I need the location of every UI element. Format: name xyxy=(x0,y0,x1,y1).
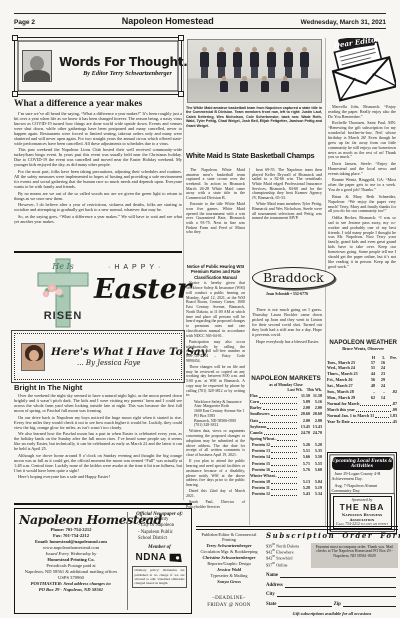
weather-observer: Bruce Wentz, Observer xyxy=(329,346,397,351)
staff-name: Christine Schwartzenberger xyxy=(196,555,262,560)
article-paragraph: So, as the saying goes, “What a differen… xyxy=(14,214,182,224)
event-item: June 29-Logan County 4-H Achievement Day… xyxy=(332,471,393,481)
letter-item: Brian & Mary Beth Schneider, Napoleon: “… xyxy=(328,195,396,214)
subscription-form: Subscription Order Form $3900 North Dako… xyxy=(266,531,398,616)
field-label: City xyxy=(266,592,275,597)
weather-header: NAPOLEON WEATHER Bruce Wentz, Observer xyxy=(327,336,397,353)
wft-article-body: I’m sure we’ve all heard the saying, “Wh… xyxy=(14,111,182,225)
price-label: Online xyxy=(276,562,287,567)
front-row xyxy=(208,76,301,92)
braddock-column-header: Braddock Joan Schmidt • 332-6776 xyxy=(252,267,322,296)
braddock-column-body: There is not much going on I guess. Thur… xyxy=(252,307,322,345)
braddock-contact: Joan Schmidt • 332-6776 xyxy=(252,291,322,296)
market-last-week: 5.76 xyxy=(298,467,310,473)
price-list: $3900 North Dakota $4200 Elsewhere $4200… xyxy=(266,543,308,569)
write-in-line[interactable] xyxy=(280,574,396,578)
player-silhouette xyxy=(300,47,309,78)
team-photo xyxy=(187,39,322,103)
masthead-info-box: Napoleon Homestead Phone: 701-754-2212 F… xyxy=(14,508,192,614)
market-last-week: 5.43 xyxy=(298,491,310,497)
weather-high: 62 xyxy=(365,395,375,401)
notice-paragraph: Notice is hereby given that Workforce Sa… xyxy=(186,281,245,338)
player-silhouette xyxy=(220,76,228,92)
player-silhouette xyxy=(200,47,209,78)
article-paragraph: White Maid team members Tyler Pettig, Bi… xyxy=(252,202,322,221)
editor-photo xyxy=(22,50,52,82)
deadline-note: –DEADLINE– FRIDAY @ NOON xyxy=(196,596,262,609)
form-field-state-zip[interactable]: State Zip xyxy=(266,602,398,607)
dot-leader xyxy=(271,471,297,472)
official-newspaper-list: - Logan County- City of Napoleon- Napole… xyxy=(132,517,187,543)
player-silhouette xyxy=(240,76,248,92)
letter-item: Marvella Jobs, Bismarck: “Enjoy reading … xyxy=(328,105,396,120)
dot-leader xyxy=(263,409,297,410)
field-label: Name xyxy=(266,573,278,578)
write-in-line[interactable] xyxy=(277,593,396,597)
article-headline: Bright In The Night xyxy=(14,383,182,392)
section-rule xyxy=(14,503,192,505)
dot-leader xyxy=(271,452,297,453)
postmaster-line: PO Box 29 - Napoleon, ND 58561 xyxy=(19,587,123,593)
page-number: Page 2 xyxy=(14,19,35,26)
weather-summary: Normal for March .87 March this year .09… xyxy=(327,401,397,425)
article-paragraph: Over the weekend the night sky seemed to… xyxy=(14,393,182,413)
letter-item: Bonnie Wentz, Ringgold, GA: “Most often … xyxy=(328,178,396,193)
issue-date: Wednesday, March 31, 2021 xyxy=(301,19,386,26)
markets-rows: Flax 11.50 11.50 Corn 5.09 5.16 Barley 2… xyxy=(250,393,322,497)
player-silhouette xyxy=(267,47,276,78)
weather-title: NAPOLEON WEATHER xyxy=(329,339,397,346)
price-cents: 00 xyxy=(272,549,275,552)
price-item: $3700 Online xyxy=(266,562,308,568)
notice-paragraph: If you plan to attend the public hearing… xyxy=(186,459,245,488)
player-silhouette xyxy=(250,47,259,78)
dot-leader xyxy=(264,434,297,435)
price-cents: 00 xyxy=(272,555,275,558)
legal-notice: Notice of Public Hearing WSI Premium Rat… xyxy=(186,264,245,511)
weather-summary-row: Year To Date .45 xyxy=(327,419,397,425)
markets-column-headers: Last Wk. This Wk. xyxy=(250,388,322,392)
staff-entry: Typesetter & Mailing Sonya Gross xyxy=(196,574,262,584)
market-this-week: 5.34 xyxy=(310,491,322,497)
ndna-logo: NDNA xyxy=(132,551,187,564)
dot-leader xyxy=(360,405,391,406)
markets-table: NAPOLEON MARKETS as of Monday Close Last… xyxy=(250,375,322,497)
ndna-text: NDNA xyxy=(136,552,167,563)
dot-leader xyxy=(356,411,391,412)
event-item: Aug. 7-Napoleon Alumni Community Day. xyxy=(332,483,393,493)
easter-cross-icon: He Is RISEN xyxy=(32,257,94,329)
dot-leader xyxy=(259,422,297,423)
player-silhouette xyxy=(281,76,289,92)
article-paragraph: However, I do believe after a year of re… xyxy=(14,202,182,212)
page-header: Page 2 Napoleon Homestead Wednesday, Mar… xyxy=(14,16,386,26)
market-this-week: 5.60 xyxy=(310,467,322,473)
corner-ornament xyxy=(12,35,18,41)
back-row xyxy=(192,47,317,78)
article-paragraph: By no means are we out of the so called … xyxy=(14,191,182,201)
dot-leader xyxy=(271,489,297,490)
subscription-title: Subscription Order Form xyxy=(266,531,398,540)
masthead-right: Official Newspaper of: - Logan County- C… xyxy=(127,512,187,610)
dot-leader xyxy=(267,428,297,429)
obituary-policy: Obituary policy: Obituaries are publishe… xyxy=(132,566,187,588)
portrait-head xyxy=(30,56,44,71)
letter-item: Rochelle Thomsen, Saint Paul, MN: “Renew… xyxy=(328,121,396,160)
sponsor-subtitle: Napoleon Business Association xyxy=(335,512,389,522)
he-is-text: He Is xyxy=(51,262,74,271)
article-paragraph: There is not much going on I guess. Thur… xyxy=(252,307,322,337)
dot-leader xyxy=(271,458,297,459)
form-field-name[interactable]: Name xyxy=(266,573,398,578)
dot-leader xyxy=(278,477,297,478)
market-this-week: 24.70 xyxy=(310,430,322,436)
postmaster-line: POSTMASTER: Send address changes to: xyxy=(19,581,123,587)
bottom-double-rule xyxy=(196,526,398,530)
sports-article-col1: The Napoleon White Maid amateur men’s ba… xyxy=(186,168,245,237)
notice-body: Notice is hereby given that Workforce Sa… xyxy=(186,281,245,398)
player-silhouette xyxy=(261,76,269,92)
field-label: State xyxy=(266,602,276,607)
dot-leader xyxy=(271,495,297,496)
field-label: Address xyxy=(266,583,283,588)
letters-to-editor: Marvella Jobs, Bismarck: “Enjoy reading … xyxy=(328,105,396,271)
notice-paragraph: Dated this 22nd day of March 2021. xyxy=(186,489,245,499)
corner-ornament xyxy=(178,91,184,97)
events-title: Upcoming Local Events & Activities xyxy=(332,457,393,470)
payment-note: Payment must accompany order. Thank you.… xyxy=(311,543,398,569)
column-title: Words For Thought... xyxy=(59,55,196,69)
letter-item: Doris Jansen, Steele: “Enjoy the Homeste… xyxy=(328,162,396,177)
header-rule-top xyxy=(14,13,386,14)
markets-subtitle: as of Monday Close xyxy=(250,382,322,387)
happy-text: ·HAPPY· xyxy=(108,264,164,271)
bright-night-body: Over the weekend the night sky seemed to… xyxy=(14,393,182,481)
nba-sponsor-box: Sponsored by THE NBA Napoleon Business A… xyxy=(333,496,392,529)
braddock-logo: Braddock xyxy=(252,267,335,289)
write-in-line[interactable] xyxy=(278,603,331,607)
field-label: Zip xyxy=(334,602,341,607)
column-byline: By Editor Terry Schwartzenberger xyxy=(59,70,196,77)
postage-line: Napoleon, ND 58561 & additional mailing … xyxy=(19,569,123,575)
photo-caption: The White Maid amateur basketball team f… xyxy=(186,106,322,128)
gift-note: Gift subscriptions available for all occ… xyxy=(266,611,398,616)
jessica-photo xyxy=(21,343,45,371)
staff-entry: Circulation Mgr. & Bookkeeping Christine… xyxy=(196,550,262,560)
words-for-thought-box: Words For Thought... By Editor Terry Sch… xyxy=(14,37,182,95)
article-paragraph: On our drive back to Napoleon my boys no… xyxy=(14,415,182,430)
price-label: Snowbird xyxy=(276,556,292,561)
market-row: Protein 12 5.43 5.34 xyxy=(250,491,322,497)
notice-body: Written data, views or arguments concern… xyxy=(186,429,245,509)
sports-headline: White Maid Is State Basketball Champs xyxy=(186,151,322,160)
form-field-city[interactable]: City xyxy=(266,592,398,597)
official-newspaper-item: School District xyxy=(132,536,187,542)
newspaper-page: Page 2 Napoleon Homestead Wednesday, Mar… xyxy=(0,0,400,618)
article-paragraph: We also learned how the Paschal moon has… xyxy=(14,431,182,451)
staff-role: Publisher/Editor & Commercial Printing xyxy=(196,533,262,543)
price-label: North Dakota xyxy=(276,543,299,548)
risen-text: RISEN xyxy=(44,310,83,322)
section-rule xyxy=(14,251,182,253)
portrait-face xyxy=(29,350,39,361)
staff-box: Publisher/Editor & Commercial Printing T… xyxy=(196,533,262,586)
price-cents: 00 xyxy=(272,562,275,565)
article-paragraph: beat 69-55. The Napoleon team then playe… xyxy=(252,168,322,201)
sports-article-col2: beat 69-55. The Napoleon team then playe… xyxy=(252,168,322,223)
easter-ad: He Is RISEN ·HAPPY· Easter xyxy=(14,256,182,330)
article-headline: What a difference a year makes xyxy=(14,99,182,109)
form-field-address[interactable]: Address xyxy=(266,583,398,588)
article-paragraph: For the most part, folks have been takin… xyxy=(14,169,182,189)
article-paragraph: Enroute to the title White Maid won five… xyxy=(186,202,245,235)
jessica-column-box: Here's What I Have To Say ... By Jessica… xyxy=(14,333,182,380)
markets-title: NAPOLEON MARKETS xyxy=(250,375,322,382)
weather-section: NAPOLEON WEATHER Bruce Wentz, Observer H… xyxy=(327,336,397,425)
header-rule-bottom xyxy=(14,28,386,29)
market-last-week: 24.70 xyxy=(298,430,310,436)
corner-ornament xyxy=(12,91,18,97)
notice-paragraph: Participation may also occur telephonica… xyxy=(186,340,245,364)
member-of-label: Member of xyxy=(132,545,187,550)
dot-leader xyxy=(271,446,297,447)
price-label: Elsewhere xyxy=(276,549,293,554)
price-cents: 00 xyxy=(272,543,275,546)
events-box: Upcoming Local Events & Activities June … xyxy=(327,452,397,534)
col-header: This Wk. xyxy=(307,388,322,392)
write-in-line[interactable] xyxy=(343,603,396,607)
deadline-value: FRIDAY @ NOON xyxy=(196,603,262,610)
article-paragraph: The Napoleon White Maid amateur men’s ba… xyxy=(186,168,245,201)
notice-title: Notice of Public Hearing WSI Premium Rat… xyxy=(186,264,245,280)
dear-editor-envelope-icon: Dear Editor xyxy=(330,38,396,102)
masthead-left: Napoleon Homestead Phone: 701-754-2212 F… xyxy=(19,512,123,610)
article-paragraph: Although we drove home around 8 o’clock … xyxy=(14,453,182,473)
article-paragraph: I’m sure we’ve all heard the saying, “Wh… xyxy=(14,111,182,146)
article-paragraph: This past weekend the Napoleon Lions Clu… xyxy=(14,147,182,167)
player-silhouette xyxy=(233,47,242,78)
staff-entry: Publisher/Editor & Commercial Printing T… xyxy=(196,533,262,548)
dot-leader xyxy=(260,403,297,404)
portrait-shoulders xyxy=(24,70,50,82)
notice-paragraph: Written data, views or arguments concern… xyxy=(186,429,245,458)
notice-paragraph: These changes will be on file and may be… xyxy=(186,365,245,398)
write-in-line[interactable] xyxy=(285,584,396,588)
dot-leader xyxy=(351,422,391,423)
weather-low: 14 xyxy=(375,395,385,401)
summary-value: .45 xyxy=(392,419,397,425)
nd-state-icon xyxy=(168,551,183,564)
market-label: Protein 12 xyxy=(250,491,270,497)
weather-rows: Tues., March 23 57 16 Wed., March 24 55 … xyxy=(327,360,397,401)
corner-ornament xyxy=(178,35,184,41)
player-silhouette xyxy=(284,47,293,78)
sponsor-name: THE NBA xyxy=(335,502,389,512)
letter-item: Odilia Becker, Bismarck: “I was so sad t… xyxy=(328,216,396,269)
article-paragraph: Hope everybody has a blessed Easter. xyxy=(252,339,322,344)
player-silhouette xyxy=(217,47,226,78)
staff-name: Jessica Wald xyxy=(196,567,262,572)
dot-leader xyxy=(259,397,297,398)
staff-entry: Reporter/Graphic Design Jessica Wald xyxy=(196,562,262,572)
dot-leader xyxy=(277,440,297,441)
column-title: Here's What I Have To Say xyxy=(51,346,207,358)
column-divider xyxy=(183,38,184,500)
events-list: June 29-Logan County 4-H Achievement Day… xyxy=(332,471,393,493)
newspaper-title: Napoleon Homestead xyxy=(122,16,214,26)
dot-leader xyxy=(375,417,389,418)
notice-address: Workforce Safety & InsuranceAttn: Margue… xyxy=(186,400,245,429)
staff-name: Sonya Gross xyxy=(196,579,262,584)
summary-label: Year To Date xyxy=(327,419,350,425)
notice-paragraph: Sarah Paul, Director of Policyholder Ser… xyxy=(186,500,245,510)
dot-leader xyxy=(271,415,297,416)
easter-script-text: Easter xyxy=(94,276,191,303)
dot-leader xyxy=(271,465,297,466)
dot-leader xyxy=(271,483,297,484)
article-paragraph: Here’s hoping everyone has a safe and Ha… xyxy=(14,474,182,479)
newspaper-name: Napoleon Homestead xyxy=(19,512,123,527)
staff-name: Terry Schwartzenberger xyxy=(196,543,262,548)
col-header: Last Wk. xyxy=(287,388,302,392)
